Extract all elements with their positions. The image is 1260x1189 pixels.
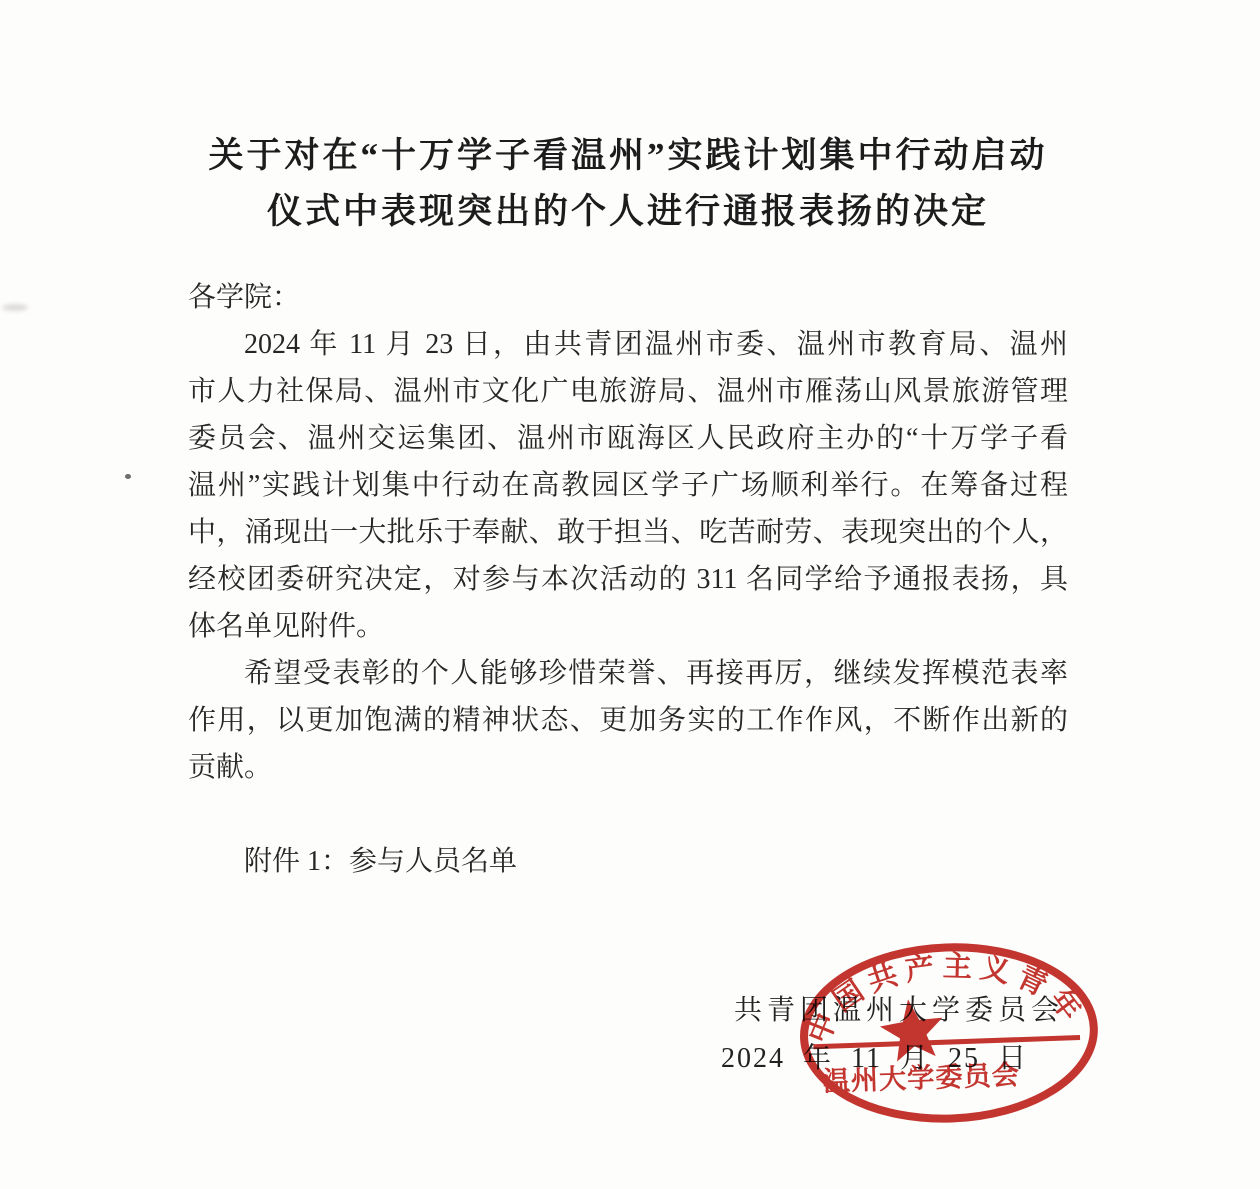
official-seal: 中国共产主义青年团 温州大学委员会 bbox=[794, 939, 1104, 1131]
seal-ring bbox=[801, 942, 1097, 1123]
salutation: 各学院： bbox=[188, 274, 1068, 321]
document-title: 关于对在“十万学子看温州”实践计划集中行动启动 仪式中表现突出的个人进行通报表扬… bbox=[188, 128, 1068, 240]
body-line-6: 经校团委研究决定，对参与本次活动的 311 名同学给予通报表扬，具 bbox=[188, 556, 1068, 603]
body-line-4: 温州”实践计划集中行动在高教园区学子广场顺利举行。在筹备过程 bbox=[188, 462, 1068, 509]
signature-date: 2024 年 11 月 25 日 bbox=[721, 1036, 1028, 1076]
body-line-10: 贡献。 bbox=[188, 744, 1068, 791]
seal-ring-text: 中国共产主义青年团 bbox=[775, 913, 1093, 1049]
scan-artifact-smudge bbox=[2, 304, 28, 311]
svg-text:中国共产主义青年团: 中国共产主义青年团 bbox=[775, 913, 1093, 1049]
body-line-2: 市人力社保局、温州市文化广电旅游局、温州市雁荡山风景旅游管理 bbox=[188, 368, 1068, 415]
body-line-7: 体名单见附件。 bbox=[188, 603, 1068, 650]
body-line-1: 2024 年 11 月 23 日，由共青团温州市委、温州市教育局、温州 bbox=[188, 321, 1068, 368]
body-line-3: 委员会、温州交运集团、温州市瓯海区人民政府主办的“十万学子看 bbox=[188, 415, 1068, 462]
document-title-line-2: 仪式中表现突出的个人进行通报表扬的决定 bbox=[188, 184, 1068, 240]
document-body: 各学院： 2024 年 11 月 23 日，由共青团温州市委、温州市教育局、温州… bbox=[188, 274, 1068, 885]
signature-organization: 共青团温州大学委员会 bbox=[734, 988, 1064, 1028]
attachment-line: 附件 1：参与人员名单 bbox=[188, 838, 1068, 885]
scan-artifact-dot bbox=[125, 474, 131, 479]
body-line-9: 作用，以更加饱满的精神状态、更加务实的工作作风，不断作出新的 bbox=[188, 697, 1068, 744]
body-line-5: 中，涌现出一大批乐于奉献、敢于担当、吃苦耐劳、表现突出的个人， bbox=[188, 509, 1068, 556]
body-line-8: 希望受表彰的个人能够珍惜荣誉、再接再厉，继续发挥模范表率 bbox=[188, 650, 1068, 697]
document-title-line-1: 关于对在“十万学子看温州”实践计划集中行动启动 bbox=[188, 128, 1068, 184]
scanned-document-page: 关于对在“十万学子看温州”实践计划集中行动启动 仪式中表现突出的个人进行通报表扬… bbox=[0, 0, 1260, 1189]
